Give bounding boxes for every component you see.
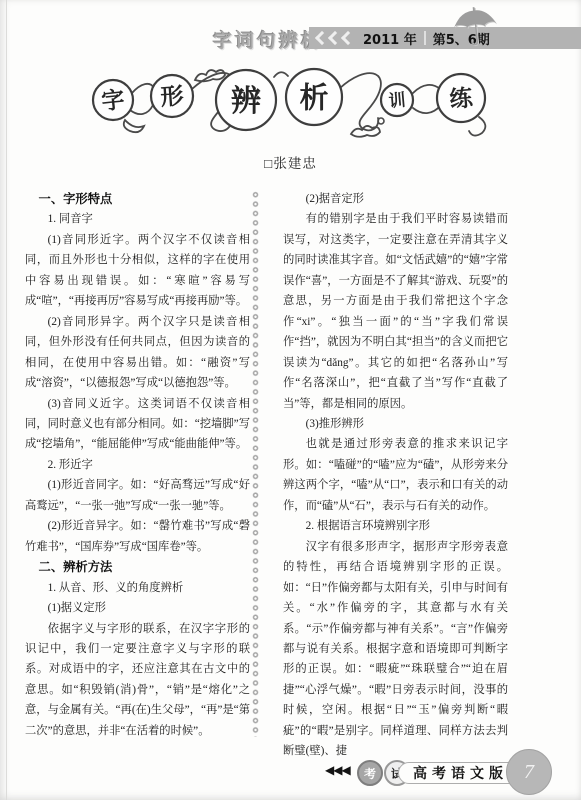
paragraph: (3)音同义近字。这类词语不仅读音相同，同时意义也有部分相同。如：“挖墙脚”写成… xyxy=(25,394,250,455)
banner-char-xing: 形 xyxy=(160,84,185,111)
right-column: (2)据音定形 有的错别字是由于我们平时容易读错而误写，对这类字，一定要注意在弄… xyxy=(283,189,508,762)
paragraph: (1)形近音同字。如：“好高骛远”写成“好高鹜远”，“一张一弛”写成“一张一驰”… xyxy=(25,475,250,516)
magazine-page: 字词句辨析 2011 年 第5、6期 ☂ xyxy=(0,0,581,800)
header-divider xyxy=(424,31,426,45)
banner-char-xun: 训 xyxy=(388,89,407,110)
sub-heading: 2. 形近字 xyxy=(25,455,250,475)
paragraph: 汉字有很多形声字，据形声字形旁表意的特性，再结合语境辨别字形的正误。如：“日”作… xyxy=(283,537,508,762)
banner-char-zi: 字 xyxy=(100,87,125,114)
footer-arrows-icon: ◀◀◀ xyxy=(325,763,350,777)
sub-heading: 1. 从音、形、义的角度辨析 xyxy=(25,578,250,598)
umbrella-icon: ☂ xyxy=(449,0,502,60)
banner-char-lian: 练 xyxy=(448,84,474,112)
left-column: 一、字形特点 1. 同音字 (1)音同形近字。两个汉字不仅读音相同，而且外形也十… xyxy=(25,189,250,741)
paragraph: 依据字义与字形的联系，在汉字字形的识记中，我们一定要注意字义与字形的联系。对成语… xyxy=(25,619,250,742)
section-heading: 二、辨析方法 xyxy=(25,557,250,577)
chevron-left-icon xyxy=(341,31,355,45)
column-divider xyxy=(251,190,260,737)
author-byline: □张建忠 xyxy=(0,152,581,172)
paragraph: 也就是通过形旁表意的推求来识记字形。如：“嗑碰”的“嗑”应为“磕”，从形旁来分辨… xyxy=(283,434,508,516)
footer-badge-kao: 考 xyxy=(357,760,383,786)
sub-heading: (3)推形辨形 xyxy=(283,414,508,434)
magazine-logo: 字词句辨析 xyxy=(213,26,323,53)
page-number-badge: 7 xyxy=(506,749,552,795)
paragraph: 有的错别字是由于我们平时容易读错而误写，对这类字，一定要注意在弄清其字义的同时读… xyxy=(283,209,508,414)
issue-year: 2011 年 xyxy=(363,29,417,48)
chevron-left-icons xyxy=(317,33,353,43)
header-bar: 2011 年 第5、6期 xyxy=(309,27,581,49)
paragraph: (1)音同形近字。两个汉字不仅读音相同，而且外形也十分相似，这样的字在使用中容易… xyxy=(25,230,250,312)
section-heading: 一、字形特点 xyxy=(25,189,250,209)
paragraph: (2)形近音异字。如：“罄竹难书”写成“磬竹难书”，“国库券”写成“国库卷”等。 xyxy=(25,516,250,557)
sub-heading: (1)据义定形 xyxy=(25,598,250,618)
title-banner: 字 形 辨 析 训 练 xyxy=(83,58,503,154)
banner-ornament: 字 形 辨 析 训 练 xyxy=(83,58,503,154)
paragraph: (2)音同形异字。两个汉字只是读音相同，但外形没有任何共同点，但因为读音的相同，… xyxy=(25,312,250,394)
sub-heading: 2. 根据语言环境辨别字形 xyxy=(283,516,508,536)
edition-label: 高考语文版 xyxy=(413,763,508,783)
sub-heading: 1. 同音字 xyxy=(25,209,250,229)
sub-heading: (2)据音定形 xyxy=(283,189,508,209)
banner-char-xi: 析 xyxy=(299,81,328,114)
banner-char-bian: 辨 xyxy=(231,85,261,118)
